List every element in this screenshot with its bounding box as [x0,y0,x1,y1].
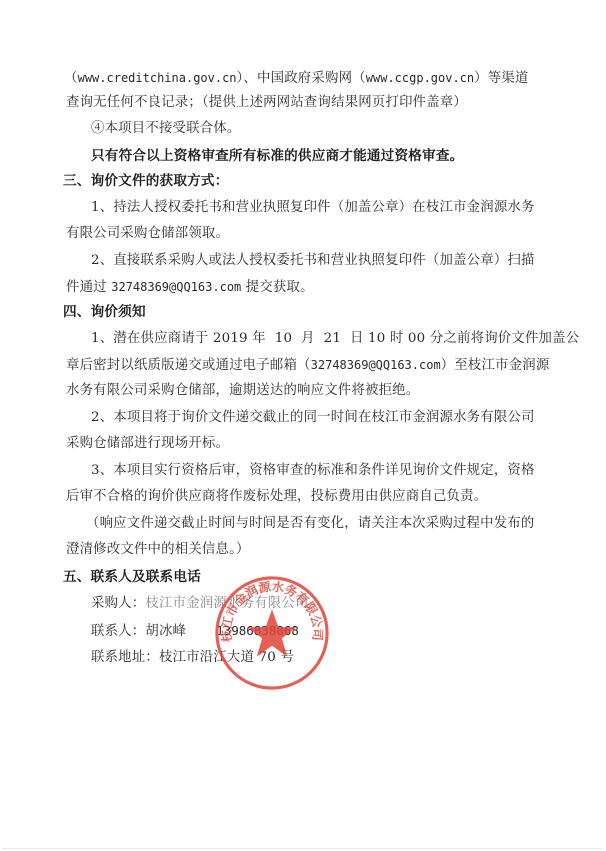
ccgp-label: ）、中国政府采购网（ [237,71,366,86]
purchaser-value: 枝江市金润源水务有限公司 [145,596,308,611]
opening-line2: 采购仓储部进行现场开标。 [66,436,229,452]
address-label: 联系地址： [91,650,159,665]
email-address: 32748369@QQ163.com [111,280,241,294]
destination-text: ）至枝江市金润源 [441,358,550,373]
contact-phone: 13986838868 [216,623,299,638]
sealed-submission-text: 章后密封以纸质版递交或通过电子邮箱（ [66,358,311,373]
post-qualification-line2: 后审不合格的询价供应商将作废标处理，投标费用由供应商自己负责。 [66,489,487,505]
qualification-note: 只有符合以上资格审查所有标准的供应商才能通过资格审查。 [91,148,463,164]
obtain-method-1-line1: 1、持法人授权委托书和营业执照复印件（加盖公章）在枝江市金润源水务 [91,200,535,216]
change-note-line2: 澄清修改文件中的相关信息。） [66,542,250,558]
via-text: 件通过 [66,280,111,295]
paren-open: （ [64,71,78,86]
contact-person-row: 联系人：胡冰峰13986838868 [91,623,299,640]
purchaser-row: 采购人：枝江市金润源水务有限公司 [91,596,308,612]
opening-line1: 2、本项目将于询价文件递交截止的同一时间在枝江市金润源水务有限公司 [91,410,535,426]
contact-label: 联系人： [91,624,145,639]
address-value: 枝江市沿江大道 70 号 [159,650,294,665]
page-bottom-edge [2,848,602,849]
obtain-method-1-line2: 有限公司采购仓储部领取。 [66,226,229,242]
ccgp-url: www.ccgp.gov.cn [366,71,474,85]
deadline-line2: 章后密封以纸质版递交或通过电子邮箱（32748369@QQ163.com）至枝江… [66,357,549,374]
post-qualification-line1: 3、本项目实行资格后审，资格审查的标准和条件详见询价文件规定，资格 [91,463,535,479]
obtain-method-2-line1: 2、直接联系采购人或法人授权委托书和营业执照复印件（加盖公章）扫描 [91,253,535,269]
no-bad-record-line: 查询无任何不良记录；（提供上述两网站查询结果网页打印件盖章） [66,95,467,111]
submit-text: 提交获取。 [241,280,313,295]
change-note-line1: （响应文件递交截止时间与时间是否有变化，请关注本次采购过程中发布的 [86,516,535,532]
credit-check-line: （www.creditchina.gov.cn）、中国政府采购网（www.ccg… [64,70,529,87]
purchaser-label: 采购人： [91,596,145,611]
contact-name: 胡冰峰 [145,624,186,639]
email-address: 32748369@QQ163.com [311,358,441,372]
obtain-method-2-line2: 件通过 32748369@QQ163.com 提交获取。 [66,279,314,296]
section-four-heading: 四、询价须知 [63,304,146,320]
section-three-heading: 三、询价文件的获取方式： [63,173,229,189]
no-consortium-item: ④本项目不接受联合体。 [91,121,241,137]
deadline-line1: 1、潜在供应商请于 2019 年 10 月 21 日 10 时 00 分之前将询… [91,331,579,347]
document-page: （www.creditchina.gov.cn）、中国政府采购网（www.ccg… [0,0,606,851]
channels-text: ）等渠道 [474,71,528,86]
deadline-line3: 水务有限公司采购仓储部，逾期送达的响应文件将被拒绝。 [66,383,419,399]
address-row: 联系地址：枝江市沿江大道 70 号 [91,650,294,666]
creditchina-url: www.creditchina.gov.cn [78,71,237,85]
section-five-heading: 五、联系人及联系电话 [63,569,201,585]
